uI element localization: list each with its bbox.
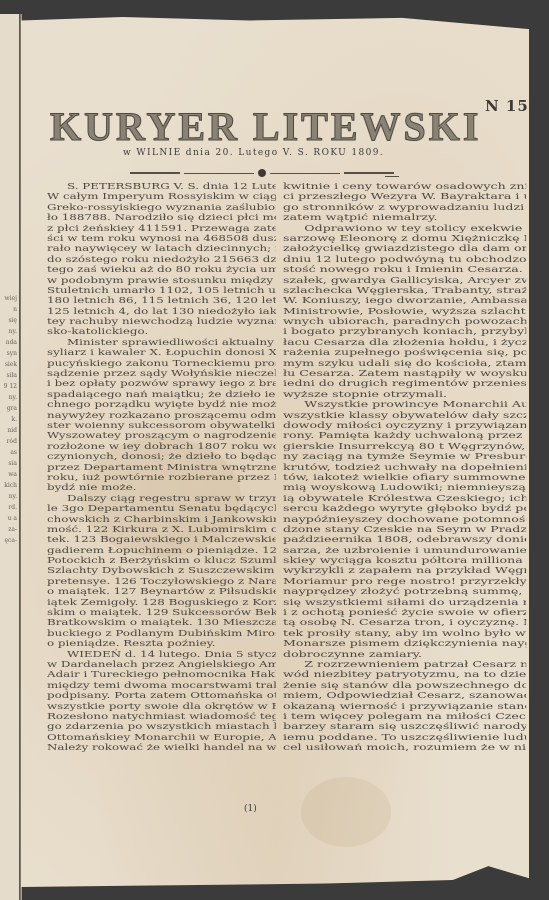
ornament-rule (270, 173, 340, 174)
previous-page-text-fragment: wa (8, 470, 17, 480)
page-folio: (1) (244, 804, 257, 814)
text-line: le 3go Departamentu Senatu będących. 121… (47, 503, 276, 513)
text-line: iedni do drugich regimentów przeniesieni… (283, 378, 526, 388)
previous-page-text-fragment: n (13, 305, 17, 315)
text-line: założycielkę gwiazdzistego dla dam order… (283, 243, 526, 253)
previous-page-text-fragment: nid (7, 426, 17, 436)
text-line: okazaną wierność i przywiązanie stanów C… (283, 701, 526, 711)
text-line: między temi dwoma mocarstwami traktat zo… (47, 680, 276, 690)
text-line: miem, Odpowiedział Cesarz, szanować tylo… (283, 690, 526, 700)
article-column-right: kwitnie i ceny towarów osadowych zniżą. … (283, 181, 526, 752)
text-line: Adair i Tureckiego pełnomocnika Hakki-Ef… (47, 669, 276, 679)
text-line: barzey staram się uszczęśliwić narody be… (283, 721, 526, 731)
text-line: kwitnie i ceny towarów osadowych zniżą. … (283, 181, 526, 191)
text-line: ci przeszłego Wezyra W. Bayraktara i upa… (283, 191, 526, 201)
text-line: tey rachuby niewchodzą ludzie wyznania R… (47, 316, 276, 326)
text-line: Należy rokować że wielki handel na wscho… (47, 742, 276, 752)
text-line: o pieniądze. Reszta poźniey. (47, 638, 276, 648)
text-line: gadierem Łopuchinem o pieniądze. 124 Gra… (47, 545, 276, 555)
text-line: cel usiłowań moich, rozumiem że w nieprz… (283, 742, 526, 752)
text-line: dniu 12 lutego podwóyną tu obchodzono ur… (283, 254, 526, 264)
text-line: rony. Pamięta każdy uchwaloną przez stan… (283, 430, 526, 440)
text-line: naywyżey rozkazano proszącemu odmówić. M… (47, 410, 276, 420)
text-line: stość nowego roku i Imienin Cesarza. W. … (283, 264, 526, 274)
text-line: Dalszy ciąg regestru spraw w trzym oddzi… (47, 493, 276, 503)
text-line: i bez opłaty pozwów sprawy iego z bracią… (47, 378, 276, 388)
text-line: mym szyku udali się do kościoła, ztamtąd… (283, 358, 526, 368)
text-line: ny zaciąg na tymże Seymie w Presburgu 20… (283, 451, 526, 461)
text-line: żenie się stanów dla powszechnego dobra.… (283, 680, 526, 690)
text-line: Odprawiono w tey stolicy exekwie za s. p… (283, 223, 526, 233)
previous-page-text-fragment: sia (8, 459, 17, 469)
previous-page-text-fragment: ęca- (4, 536, 17, 546)
previous-page-text-fragment: gra (7, 404, 17, 414)
text-line: zatem wątpić niemalrzy. (283, 212, 526, 222)
text-line: i bogato przybranych koniach, przybyli d… (283, 326, 526, 336)
text-line: rażenia zupełnego poświęcenia się, potem… (283, 347, 526, 357)
article-column-left: S. PETERSBURG V. S. dnia 12 Lutego.W cał… (47, 181, 276, 752)
text-line: Greko-rossyiskiego wyznania zaślubionych… (47, 202, 276, 212)
text-line: Ministrowie, Posłowie, wyższa szlachta, … (283, 306, 526, 316)
text-line: naypóźnieyszey dochowane potomności. Zgr… (283, 514, 526, 524)
text-line: sarzowę Eleonorę z domu Xiężniczkę Mantu… (283, 233, 526, 243)
text-line: dzone stany Czeskie na Seym w Pradze dni… (283, 524, 526, 534)
previous-page-text-fragment: się (8, 316, 17, 326)
ornament-rule (184, 173, 254, 174)
text-line: iemu poddane. To uszczęśliwienie ludu, i… (283, 732, 526, 742)
ornament-rule (385, 176, 399, 177)
text-line: mość. 122 Kirkura z X. Lubomirskim o mai… (47, 524, 276, 534)
previous-page-text-fragment: syn (7, 349, 17, 359)
text-line: Wszystkie prowincye Monarchii Austryacki… (283, 399, 526, 409)
text-line: sądzenie przez sądy Wołyńskie nieczekają… (47, 368, 276, 378)
text-line: ści w tem roku wynosi na 468508 dusz. Um… (47, 233, 276, 243)
text-line: paździeernika 1808, odebrawszy doniesien… (283, 534, 526, 544)
text-line: podpisany. Porta zatem Ottomańska otworz… (47, 690, 276, 700)
text-line: przez Departament Ministra wnętrznego w … (47, 462, 276, 472)
ornament-rule (344, 172, 394, 174)
previous-page-edge: wiejnsięny.ndasynsieksiła9 12ny.grak.nid… (0, 14, 20, 900)
text-line: Szlachty Dybowskich z Suszczewskim o pie… (47, 565, 276, 575)
text-line: pretensye. 126 Toczyłowskiego z Naramows… (47, 576, 276, 586)
previous-page-text-fragment: ny. (9, 393, 17, 403)
previous-page-text-fragment: siła (6, 371, 17, 381)
text-line: sko-katolickiego. (47, 326, 276, 336)
text-line: Potockich z Berżyńskim o klucz Szumlańsk… (47, 555, 276, 565)
text-line: roku, iuż powtórnie rozbierane przez Imp… (47, 472, 276, 482)
text-line: 180 letnich 86, 115 letnich 36, 120 letn… (47, 295, 276, 305)
text-line: chowskich z Charbinskim i Jankowskim o r… (47, 514, 276, 524)
previous-page-text-fragment: 9 12 (4, 382, 17, 392)
text-line: o maiątek. 127 Beynartów z Piłsudskiemi … (47, 586, 276, 596)
text-line: dobroczynne zamiary. (283, 649, 526, 659)
masthead-title: KURYER LITEWSKI (50, 103, 420, 150)
text-line: W całym Imperyum Rossyiskim w ciągu roku… (47, 191, 276, 201)
text-line: nayprędzey złożyć potrzebną summę, przył… (283, 586, 526, 596)
dateline: w WILNIE dnia 20. Lutego V. S. ROKU 1809… (123, 148, 384, 158)
text-line: łu Cesarza. Zatem nastąpiły w woysku odm… (283, 368, 526, 378)
text-line: dowody miłości oyczyzny i przywiązania d… (283, 420, 526, 430)
text-line: Minister sprawiedliwości aktualny tayny … (47, 337, 276, 347)
text-line: krutów, todzież uchwały na dopełnienie r… (283, 462, 526, 472)
text-line: łacu Cesarza dla złożenia hołdu, i życze… (283, 337, 526, 347)
text-line: wnych ubiorach, paradnych powozach, na d… (283, 316, 526, 326)
text-line: bydź nie może. (47, 482, 276, 492)
text-line: Wyszowatey proszącym o nagrodzenie szkód… (47, 430, 276, 440)
text-line: ią obywatele Królestwa Czeskiego; ich cz… (283, 493, 526, 503)
text-line: Stuletnich umarło 1102, 105 letnich umar… (47, 285, 276, 295)
text-line: ster woienny sukcessorom obywatelki Grod… (47, 420, 276, 430)
previous-page-text-fragment: ny. (9, 327, 17, 337)
text-line: szlachecka Węgierska, Trabanty, straż za… (283, 285, 526, 295)
text-line: W. Koniuszy, iego dworzanie, Ambassadoro… (283, 295, 526, 305)
previous-page-text-fragment: u a (8, 514, 17, 524)
text-line: Rozesłono natychmiast wiadomość tego waż… (47, 711, 276, 721)
previous-page-text-fragment: kich (4, 481, 17, 491)
text-line: tą osobę N. Cesarza tron, i oyczyznę. Na… (283, 617, 526, 627)
ornament-dot (258, 169, 266, 177)
text-line: sarza, że uzbroienie i umundurowanie mil… (283, 545, 526, 555)
text-line: iątek Zemigoły. 128 Boguskiego z Korzeni… (47, 597, 276, 607)
previous-page-text-fragment: k. (11, 415, 17, 425)
text-line: Moriamur pro rege nostro! przyrzekły (283, 576, 526, 586)
previous-page-text-fragment: za- (8, 525, 17, 535)
issue-number: N 15. (485, 97, 535, 115)
previous-page-text-fragment: ny. (9, 492, 17, 502)
text-line: z płci żeńskiey 411591. Przewaga zatem l… (47, 223, 276, 233)
text-line: szałek, gwardya Gallicyiska, Arcyer zwan… (283, 275, 526, 285)
text-line: tek prosiły stany, aby im wolno było wyn… (283, 628, 526, 638)
previous-page-text-fragment: as (10, 448, 17, 458)
text-line: tego zaś wieku aż do 80 roku życia umarł… (47, 264, 276, 274)
text-line: 125 letnich 4, do lat 130 niedożyło iak … (47, 306, 276, 316)
text-line: i z ochotą ponieść życie swoie w ofierze… (283, 607, 526, 617)
text-line: WIEDEŃ d. 14 lutego. Dnia 5 stycznia (47, 649, 276, 659)
text-line: skiey wyciąga kosztu półtora milliona ry… (283, 555, 526, 565)
text-line: chnego porządku wyięte bydź nie może i p… (47, 399, 276, 409)
text-line: się wszystkiemi siłami do urządzenia mil… (283, 597, 526, 607)
text-line: ło 188788. Narodziło się dzieci płci męs… (47, 212, 276, 222)
text-line: czynionych, donosi; że dzieło to będąc r… (47, 451, 276, 461)
text-line: wszystkie klassy obywatelów dały szczegó… (283, 410, 526, 420)
text-line: wyższe stopnie otrzymali. (283, 389, 526, 399)
text-line: tek. 123 Bogaiewskiego i Malczewskiego z… (47, 534, 276, 544)
previous-page-text-fragment: siek (5, 360, 17, 370)
text-line: pucyńskiego zakonu Torneckiemu proszącem… (47, 358, 276, 368)
text-line: gierskie Insurrekcyą 80 t Węgrzynów, pos… (283, 441, 526, 451)
text-line: spadaiącego nań maiątku; że dzieło iego … (47, 389, 276, 399)
previous-page-text-fragment: nda (6, 338, 17, 348)
text-line: S. PETERSBURG V. S. dnia 12 Lutego. (47, 181, 276, 191)
text-line: wód niezbitey patryotyzmu, na to dzielne… (283, 669, 526, 679)
text-line: Bratkowskim o maiątek. 130 Mieszczanina … (47, 617, 276, 627)
text-line: sercu każdego wyryte głęboko bydź powinn… (283, 503, 526, 513)
text-line: go stronników z wyprowadzaniu ludzi Zapa… (283, 202, 526, 212)
previous-page-text-fragment: wiej (5, 294, 17, 304)
text-line: do szóstego roku niedożyło 215663 dzieci… (47, 254, 276, 264)
previous-page-text-fragment: ród (7, 437, 17, 447)
ornament-rule (130, 172, 180, 174)
paper-stain (301, 777, 391, 847)
text-line: tów, iakoteż wielkie ofiary summowne na … (283, 472, 526, 482)
text-line: w Dardanelach przez Angielskiego Ambassa… (47, 659, 276, 669)
text-line: rało naywięcey w latach dziecinnych; nal… (47, 243, 276, 253)
text-line: i tem więcey polegam na miłości Czechów,… (283, 711, 526, 721)
text-line: w podobnym prawie stosunku między 10 a 1… (47, 275, 276, 285)
text-line: skim o maiątek. 129 Sukcessorów Bekiersk… (47, 607, 276, 617)
text-line: Z rozrzewnieniem patrzał Cesarz na ten d… (283, 659, 526, 669)
text-line: go zdarzenia po wszystkich miastach hand… (47, 721, 276, 731)
text-line: syliarz i kawaler X. Łopuchin donosi Xię… (47, 347, 276, 357)
text-line: mią woyskową Ludowiki; niemnieyszą chwał… (283, 482, 526, 492)
text-line: wszystkie porty swoie dla okrętów w Bryt… (47, 701, 276, 711)
text-line: Monarsze pismem dziękczynienia nayglębsz… (283, 638, 526, 648)
text-line: Ottomańskiey Monarchii w Europie, Azyi, … (47, 732, 276, 742)
text-line: buckiego z Podlanym Dubińskim Mirosznice… (47, 628, 276, 638)
text-line: rozłożone w iey dobrach 1807 roku woyska… (47, 441, 276, 451)
previous-page-text-fragment: rd. (8, 503, 17, 513)
text-line: wykrzykli z zapałem na przykład Węgrzynó… (283, 565, 526, 575)
